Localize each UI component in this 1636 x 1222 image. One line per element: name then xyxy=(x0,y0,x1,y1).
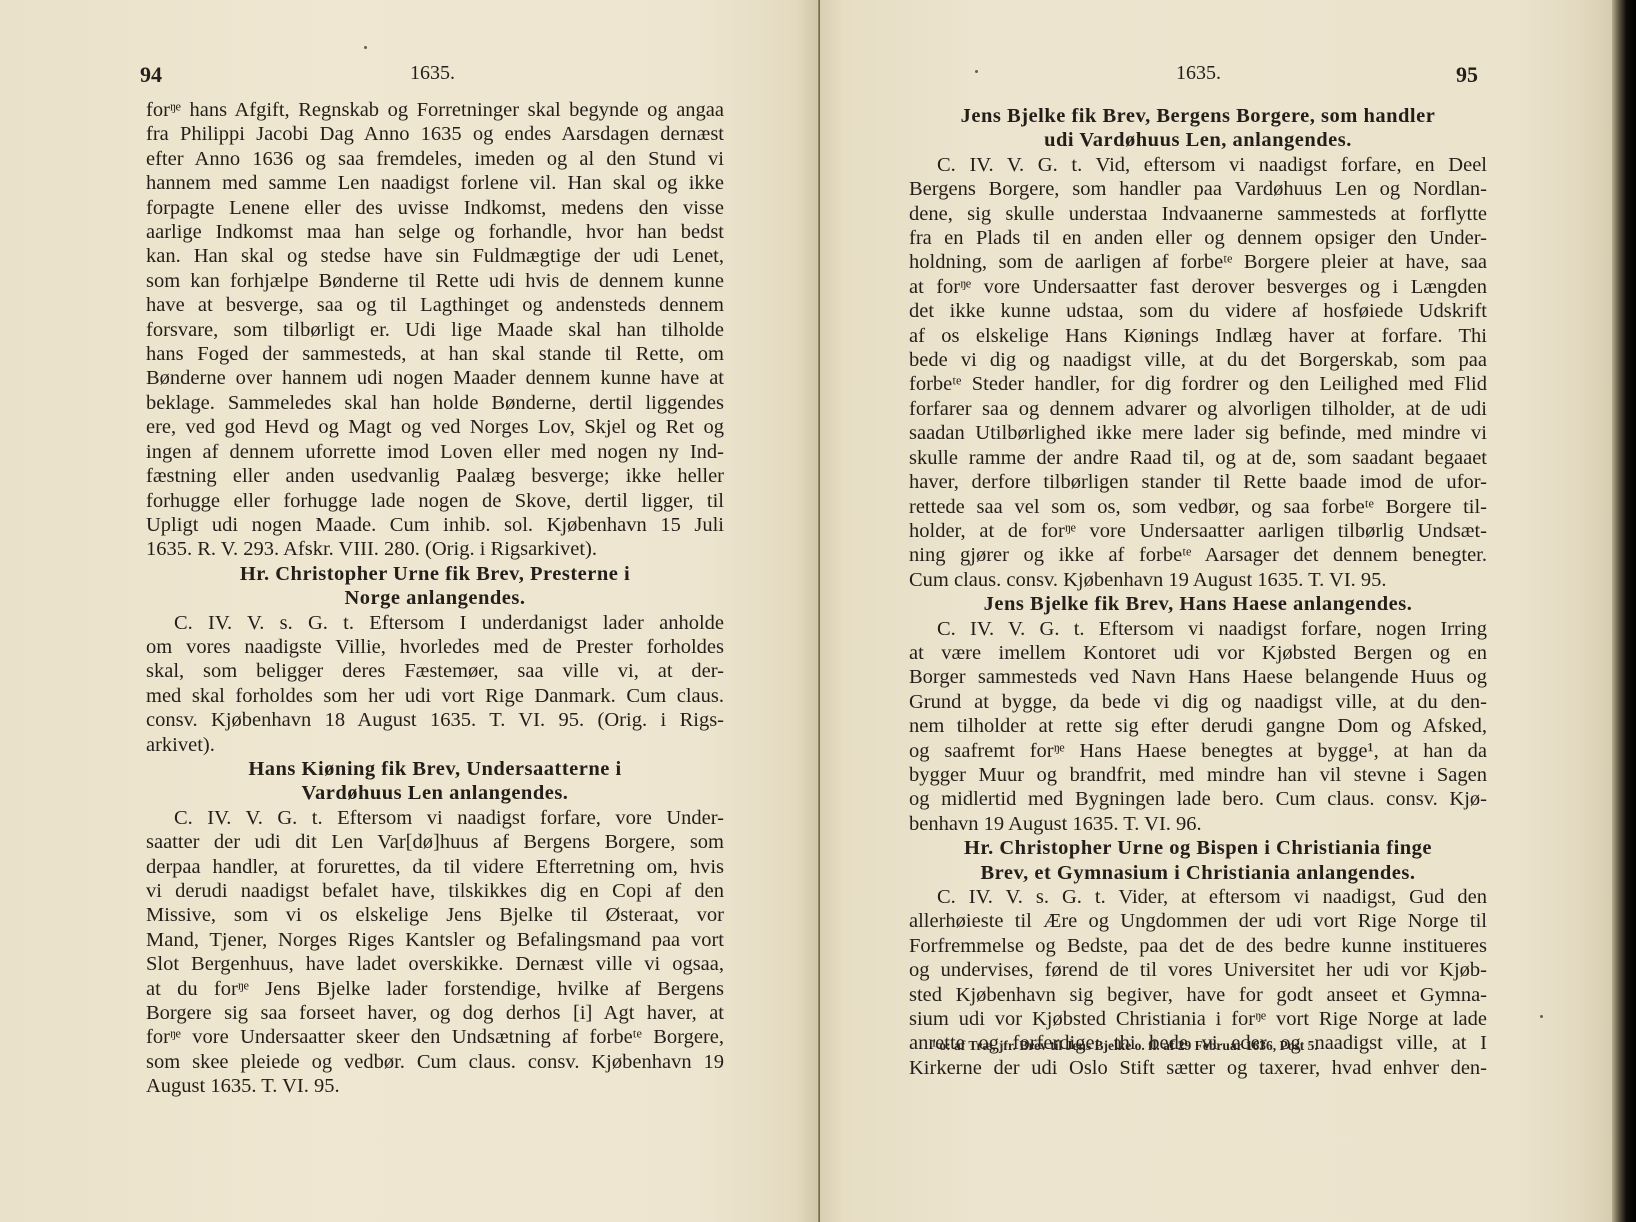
text-line: dene, sig skulle understaa Indvaanerne s… xyxy=(909,202,1487,226)
text-line: derpaa handler, at forurettes, da til vi… xyxy=(146,855,724,879)
section-heading: Hr. Christopher Urne fik Brev, Presterne… xyxy=(146,562,724,586)
text-line: fra Philippi Jacobi Dag Anno 1635 og end… xyxy=(146,122,724,146)
text-line: forsvare, som tilbørligt er. Udi lige Ma… xyxy=(146,318,724,342)
text-line: Borger sammesteds ved Navn Hans Haese be… xyxy=(909,665,1487,689)
text-line: Slot Bergenhuus, have ladet overskikke. … xyxy=(146,952,724,976)
text-line: og midlertid med Bygningen lade bero. Cu… xyxy=(909,787,1487,811)
text-line: kan. Han skal og stedse have sin Fuldmæg… xyxy=(146,244,724,268)
text-line: med skal forholdes som her udi vort Rige… xyxy=(146,684,724,708)
text-line: sted Kjøbenhavn sig begiver, have for go… xyxy=(909,983,1487,1007)
text-line: 1635. R. V. 293. Afskr. VIII. 280. (Orig… xyxy=(146,537,724,561)
text-line: som skee pleiede og vedbør. Cum claus. c… xyxy=(146,1050,724,1074)
text-line: C. IV. V. G. t. Vid, eftersom vi naadigs… xyxy=(909,153,1487,177)
text-line: Bønderne over hannem udi nogen Maader de… xyxy=(146,366,724,390)
footnote: ¹ o: af Træ, jfr. Brev til Jens Bjelke o… xyxy=(932,1038,1318,1054)
text-line: Bergens Borgere, som handler paa Vardøhu… xyxy=(909,177,1487,201)
text-line: forpagte Lenene eller des uvisse Indkoms… xyxy=(146,196,724,220)
text-line: af os elskelige Hans Kiønings Indlæg hav… xyxy=(909,324,1487,348)
text-line: fra en Plads til en anden eller og denne… xyxy=(909,226,1487,250)
text-line: skal, som beligger deres Fæstemøer, saa … xyxy=(146,659,724,683)
text-line: forbeᵗᵉ Steder handler, for dig fordrer … xyxy=(909,372,1487,396)
section-heading: Jens Bjelke fik Brev, Bergens Borgere, s… xyxy=(909,104,1487,128)
book-edge-shadow xyxy=(1612,0,1636,1222)
text-line: som kan forhjælpe Bønderne til Rette udi… xyxy=(146,269,724,293)
section-heading: Hans Kiøning fik Brev, Undersaatterne i xyxy=(146,757,724,781)
text-line: hannem med samme Len naadigst forlene vi… xyxy=(146,171,724,195)
text-line: saadan Utilbørlighed ikke mere lader sig… xyxy=(909,421,1487,445)
section-body: C. IV. V. G. t. Vid, eftersom vi naadigs… xyxy=(909,153,1487,592)
text-line: Grund at bygge, da bede vi dig og naadig… xyxy=(909,690,1487,714)
text-line: og saafremt forᵑᵉ Hans Haese benegtes at… xyxy=(909,739,1487,763)
text-line: C. IV. V. s. G. t. Vider, at eftersom vi… xyxy=(909,885,1487,909)
text-line: saatter der udi dit Len Var[dø]huus af B… xyxy=(146,830,724,854)
text-line: ning gjører og ikke af forbeᵗᵉ Aarsager … xyxy=(909,543,1487,567)
left-page: 94 1635. forᵑᵉ hans Afgift, Regnskab og … xyxy=(0,0,820,1222)
text-line: forᵑᵉ hans Afgift, Regnskab og Forretnin… xyxy=(146,98,724,122)
text-line: August 1635. T. VI. 95. xyxy=(146,1074,724,1098)
section-body: C. IV. V. G. t. Eftersom vi naadigst for… xyxy=(146,806,724,1099)
text-line: consv. Kjøbenhavn 18 August 1635. T. VI.… xyxy=(146,708,724,732)
text-line: at være imellem Kontoret udi vor Kjøbste… xyxy=(909,641,1487,665)
text-line: forᵑᵉ vore Undersaatter skeer den Undsæt… xyxy=(146,1025,724,1049)
paper-speck xyxy=(1540,1015,1543,1018)
continued-paragraph: forᵑᵉ hans Afgift, Regnskab og Forretnin… xyxy=(146,98,724,562)
text-line: have at besverge, saa og til Lagthinget … xyxy=(146,293,724,317)
text-line: fæstning eller anden usedvanlig Paalæg b… xyxy=(146,464,724,488)
text-line: rettede saa vel som os, som vedbør, og s… xyxy=(909,495,1487,519)
text-line: benhavn 19 August 1635. T. VI. 96. xyxy=(909,812,1487,836)
section-heading-cont: Norge anlangendes. xyxy=(146,586,724,610)
left-page-text: forᵑᵉ hans Afgift, Regnskab og Forretnin… xyxy=(146,98,724,1099)
text-line: Forfremmelse og Bedste, paa det de des b… xyxy=(909,934,1487,958)
text-line: sium udi vor Kjøbsted Christiania i forᵑ… xyxy=(909,1007,1487,1031)
text-line: ingen af dennem uforrette imod Loven ell… xyxy=(146,440,724,464)
text-line: bygger Muur og brandfrit, med mindre han… xyxy=(909,763,1487,787)
text-line: Cum claus. consv. Kjøbenhavn 19 August 1… xyxy=(909,568,1487,592)
page-number: 94 xyxy=(140,62,162,88)
text-line: bede vi dig og naadigst ville, at du det… xyxy=(909,348,1487,372)
text-line: Upligt udi nogen Maade. Cum inhib. sol. … xyxy=(146,513,724,537)
text-line: Borgere sig saa forseet haver, og dog de… xyxy=(146,1001,724,1025)
text-line: Missive, som vi os elskelige Jens Bjelke… xyxy=(146,903,724,927)
text-line: beklage. Sammeledes skal han holde Bønde… xyxy=(146,391,724,415)
text-line: C. IV. V. G. t. Eftersom vi naadigst for… xyxy=(146,806,724,830)
text-line: ere, ved god Hevd og Magt og ved Norges … xyxy=(146,415,724,439)
section-heading: Jens Bjelke fik Brev, Hans Haese anlange… xyxy=(909,592,1487,616)
text-line: haver, derfore tilbørligen stander til R… xyxy=(909,470,1487,494)
text-line: C. IV. V. s. G. t. Eftersom I underdanig… xyxy=(146,611,724,635)
text-line: forfarer saa og dennem advarer og alvorl… xyxy=(909,397,1487,421)
text-line: Mand, Tjener, Norges Riges Kantsler og B… xyxy=(146,928,724,952)
text-line: efter Anno 1636 og saa fremdeles, imeden… xyxy=(146,147,724,171)
right-page: 1635. 95 Jens Bjelke fik Brev, Bergens B… xyxy=(820,0,1612,1222)
text-line: det ikke kunne udstaa, som du videre af … xyxy=(909,299,1487,323)
text-line: vi derudi naadigst befalet have, tilskik… xyxy=(146,879,724,903)
running-head: 1635. xyxy=(1176,62,1221,85)
text-line: skulle ramme der andre Raad til, og at d… xyxy=(909,446,1487,470)
text-line: C. IV. V. G. t. Eftersom vi naadigst for… xyxy=(909,617,1487,641)
section-body: C. IV. V. s. G. t. Eftersom I underdanig… xyxy=(146,611,724,757)
section-heading-cont: Vardøhuus Len anlangendes. xyxy=(146,781,724,805)
text-line: forhugge eller forhugge lade nogen de Sk… xyxy=(146,489,724,513)
paper-speck xyxy=(364,46,367,49)
text-line: om vores naadigste Villie, hvorledes med… xyxy=(146,635,724,659)
section-heading: Hr. Christopher Urne og Bispen i Christi… xyxy=(909,836,1487,860)
paper-speck xyxy=(975,70,978,73)
text-line: holdning, som de aarligen af forbeᵗᵉ Bor… xyxy=(909,250,1487,274)
text-line: holder, at de forᵑᵉ vore Undersaatter aa… xyxy=(909,519,1487,543)
text-line: arkivet). xyxy=(146,733,724,757)
text-line: og undervises, førend de til vores Unive… xyxy=(909,958,1487,982)
right-page-text: Jens Bjelke fik Brev, Bergens Borgere, s… xyxy=(909,104,1487,1080)
section-heading-cont: udi Vardøhuus Len, anlangendes. xyxy=(909,128,1487,152)
text-line: hans Foged der sammesteds, at han skal s… xyxy=(146,342,724,366)
text-line: Kirkerne der udi Oslo Stift sætter og ta… xyxy=(909,1056,1487,1080)
section-heading-cont: Brev, et Gymnasium i Christiania anlange… xyxy=(909,861,1487,885)
book-spread: 94 1635. forᵑᵉ hans Afgift, Regnskab og … xyxy=(0,0,1636,1222)
text-line: aarlige Indkomst maa han selge og forhan… xyxy=(146,220,724,244)
text-line: nem tilholder at rette sig efter derudi … xyxy=(909,714,1487,738)
text-line: at forᵑᵉ vore Undersaatter fast derover … xyxy=(909,275,1487,299)
section-body: C. IV. V. G. t. Eftersom vi naadigst for… xyxy=(909,617,1487,837)
text-line: at du forᵑᵉ Jens Bjelke lader forstendig… xyxy=(146,977,724,1001)
text-line: allerhøieste til Ære og Ungdommen der ud… xyxy=(909,909,1487,933)
running-head: 1635. xyxy=(410,62,455,85)
page-number: 95 xyxy=(1456,62,1478,88)
